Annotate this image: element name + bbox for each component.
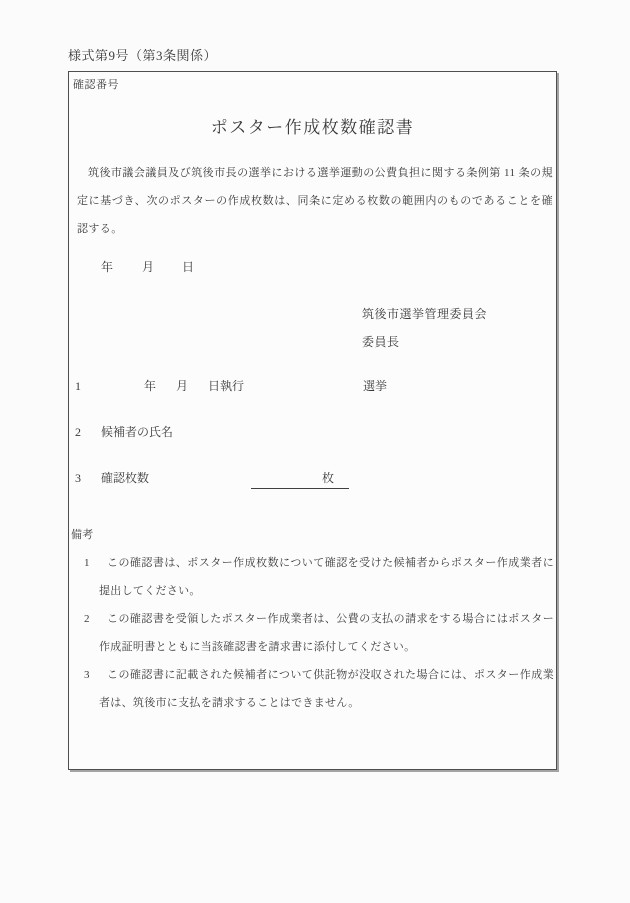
date-line: 年 月 日 (101, 258, 194, 276)
item3-label: 確認枚数 (101, 468, 149, 488)
item1-number: 1 (75, 376, 81, 396)
form-border-box: 確認番号 ポスター作成枚数確認書 筑後市議会議員及び筑後市長の選挙における選挙運… (68, 71, 557, 770)
item-candidate-name-row: 2 候補者の氏名 (69, 422, 556, 442)
remark-item: 3 この確認書に記載された候補者について供託物が没収された場合には、ポスター作成… (71, 661, 554, 717)
item1-election-label: 選挙 (363, 376, 387, 396)
remarks-section: 備考 1 この確認書は、ポスター作成枚数について確認を受けた候補者からポスター作… (71, 521, 554, 717)
count-blank-field: 枚 (251, 468, 349, 489)
item-election-date-row: 1 年 月 日執行 選挙 (69, 376, 556, 396)
item1-day-exec-label: 日執行 (208, 376, 244, 396)
issuer-block: 筑後市選挙管理委員会 委員長 (362, 300, 487, 356)
date-month-label: 月 (142, 260, 154, 274)
issuer-title: 委員長 (362, 328, 487, 356)
item1-month-label: 月 (176, 376, 188, 396)
scanned-form-page: 様式第9号（第3条関係） 確認番号 ポスター作成枚数確認書 筑後市議会議員及び筑… (0, 0, 630, 903)
item1-year-label: 年 (144, 376, 156, 396)
remark2-number: 2 (84, 605, 90, 633)
form-style-label: 様式第9号（第3条関係） (68, 45, 217, 64)
remark3-number: 3 (84, 661, 90, 689)
item-confirmed-count-row: 3 確認枚数 枚 (69, 468, 556, 488)
remark-item: 2 この確認書を受領したポスター作成業者は、公費の支払の請求をする場合にはポスタ… (71, 605, 554, 661)
item3-number: 3 (75, 468, 81, 488)
confirmation-number-label: 確認番号 (73, 76, 119, 92)
item2-number: 2 (75, 422, 81, 442)
remark-item: 1 この確認書は、ポスター作成枚数について確認を受けた候補者からポスター作成業者… (71, 549, 554, 605)
item2-label: 候補者の氏名 (101, 422, 173, 442)
date-year-label: 年 (101, 260, 113, 274)
remark1-number: 1 (84, 549, 90, 577)
date-day-label: 日 (182, 260, 194, 274)
remark1-text: この確認書は、ポスター作成枚数について確認を受けた候補者からポスター作成業者に提… (99, 549, 554, 605)
issuer-organization: 筑後市選挙管理委員会 (362, 300, 487, 328)
remark2-text: この確認書を受領したポスター作成業者は、公費の支払の請求をする場合にはポスター作… (99, 605, 554, 661)
remarks-heading: 備考 (71, 521, 554, 549)
document-title: ポスター作成枚数確認書 (69, 113, 556, 138)
body-paragraph: 筑後市議会議員及び筑後市長の選挙における選挙運動の公費負担に関する条例第 11 … (77, 159, 553, 243)
remark3-text: この確認書に記載された候補者について供託物が没収された場合には、ポスター作成業者… (99, 661, 554, 717)
